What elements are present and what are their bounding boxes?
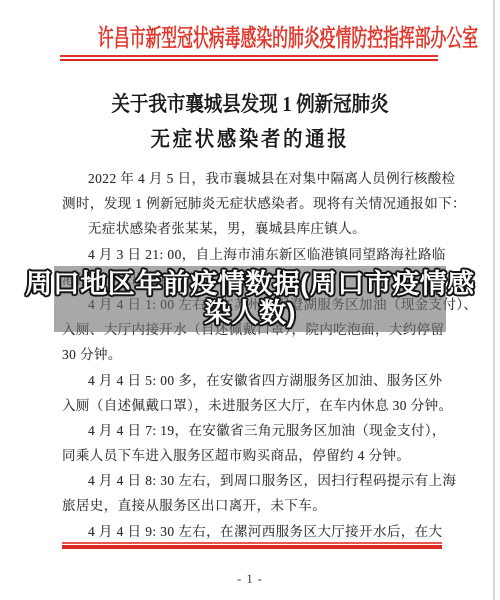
scanned-notice-page: 许昌市新型冠状病毒感染的肺炎疫情防控指挥部办公室 关于我市襄城县发现 1 例新冠…: [0, 0, 500, 600]
document-title-line2: 无症状感染者的通报: [20, 123, 480, 153]
body-line: 2022 年 4 月 5 日，我市襄城县在对集中隔离人员例行核酸检: [62, 166, 444, 191]
body-line: 4 月 4 日 5: 00 多，在安徽省四方湖服务区加油、服务区外: [62, 368, 444, 393]
body-line: 4 月 4 日 9: 30 左右，在漯河西服务区大厅接开水后，在大: [62, 519, 444, 544]
document-body: 2022 年 4 月 5 日，我市襄城县在对集中隔离人员例行核酸检 测时，发现 …: [62, 166, 444, 544]
letterhead-banner: 许昌市新型冠状病毒感染的肺炎疫情防控指挥部办公室: [0, 18, 500, 53]
body-line: 4 月 3 日 21: 00，自上海市浦东新区临港镇同望路海社路临: [62, 242, 444, 267]
page-number: - 1 -: [0, 572, 500, 587]
body-line: 旅居史，直接从服务区出口离开，未下车。: [62, 493, 444, 518]
body-line: 30 分钟。: [62, 342, 444, 367]
body-line: 无症状感染者张某某，男，襄城县库庄镇人。: [62, 216, 444, 241]
body-line: 4 月 4 日 7: 19，在安徽省三角元服务区加油（现金支付），: [62, 418, 444, 443]
caption-line2: 染人数): [25, 299, 475, 328]
body-line: 4 月 4 日 8: 30 左右，到周口服务区，因扫行程码提示有上海: [62, 468, 444, 493]
document-title: 关于我市襄城县发现 1 例新冠肺炎 无症状感染者的通报: [0, 88, 500, 153]
right-edge-line: [493, 0, 495, 600]
body-line: 入厕（自述佩戴口罩），未进服务区大厅，在车内休息 30 分钟。: [62, 393, 444, 418]
caption-overlay-text: 周口地区年前疫情数据(周口市疫情感 染人数): [25, 270, 475, 328]
caption-line1: 周口地区年前疫情数据(周口市疫情感: [25, 270, 475, 299]
letterhead-double-rule: [60, 55, 438, 61]
caption-overlay: 周口地区年前疫情数据(周口市疫情感 染人数): [54, 266, 446, 332]
document-title-line1: 关于我市襄城县发现 1 例新冠肺炎: [30, 88, 470, 118]
body-line: 同乘人员下车进入服务区超市购买商品，停留约 4 分钟。: [62, 443, 444, 468]
footer-double-rule: [62, 542, 442, 549]
body-line: 测时，发现 1 例新冠肺炎无症状感染者。现将有关情况通报如下：: [62, 191, 444, 216]
letterhead-text: 许昌市新型冠状病毒感染的肺炎疫情防控指挥部办公室: [98, 18, 478, 53]
